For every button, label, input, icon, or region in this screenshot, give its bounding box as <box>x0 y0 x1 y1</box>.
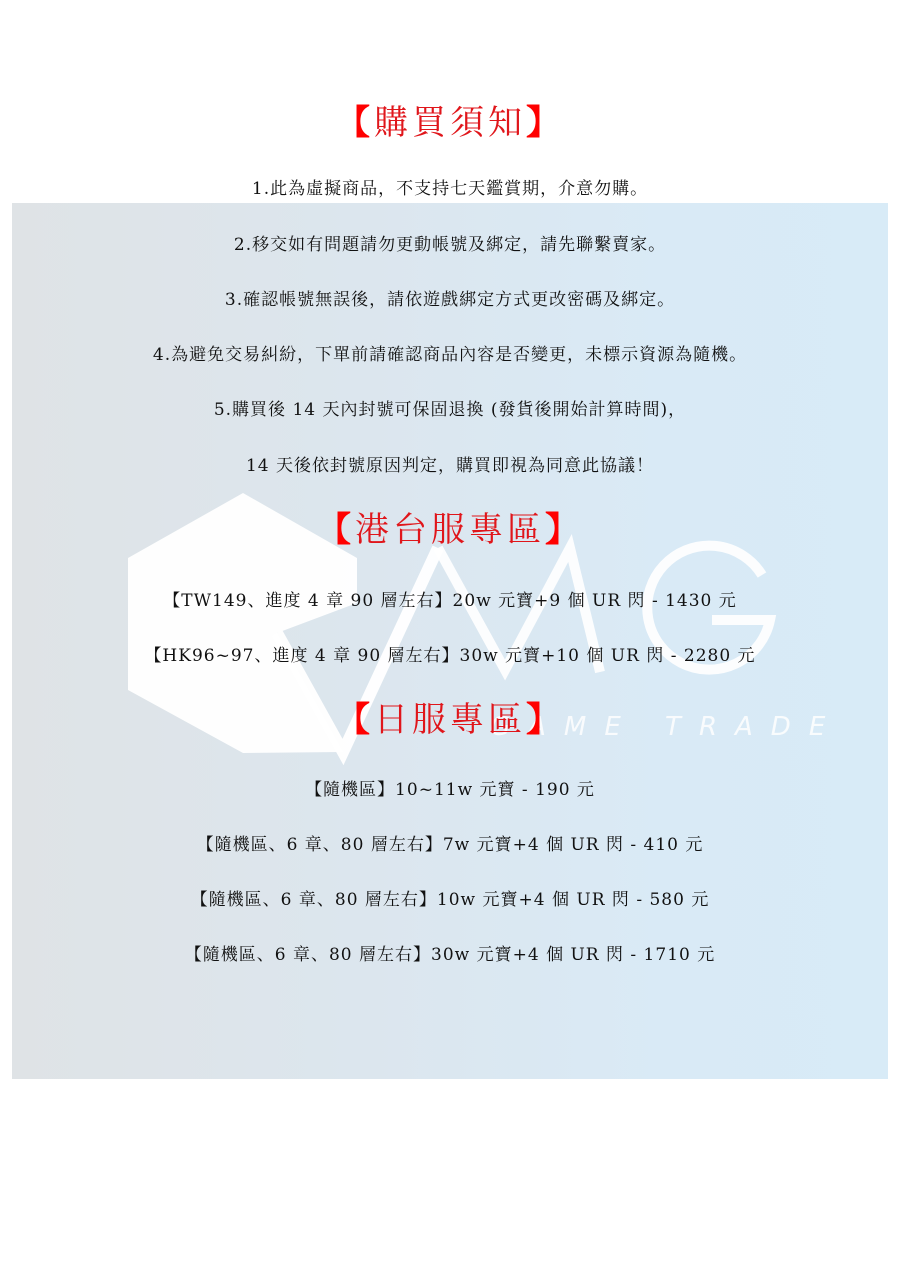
page-title: 【購買須知】 <box>0 103 900 143</box>
bracket-open: 【 <box>317 510 355 550</box>
notice-item-3: 3.確認帳號無誤後，請依遊戲綁定方式更改密碼及綁定。 <box>0 289 900 311</box>
notice-item-6: 14 天後依封號原因判定，購買即視為同意此協議！ <box>0 455 900 477</box>
product-item: 【HK96~97、進度 4 章 90 層左右】30w 元寶+10 個 UR 閃 … <box>0 645 900 667</box>
notice-item-4: 4.為避免交易糾紛，下單前請確認商品內容是否變更，未標示資源為隨機。 <box>0 344 900 366</box>
notice-item-5: 5.購買後 14 天內封號可保固退換 (發貨後開始計算時間)， <box>0 399 900 421</box>
notice-item-2: 2.移交如有問題請勿更動帳號及綁定，請先聯繫賣家。 <box>0 234 900 256</box>
section-heading-text: 日服專區 <box>374 700 526 740</box>
section-heading-text: 港台服專區 <box>355 510 545 550</box>
section-heading-jp: 【日服專區】 <box>0 700 900 740</box>
bracket-open: 【 <box>336 700 374 740</box>
product-item: 【隨機區、6 章、80 層左右】30w 元寶+4 個 UR 閃 - 1710 元 <box>0 944 900 966</box>
bracket-close: 】 <box>526 103 564 143</box>
bracket-close: 】 <box>526 700 564 740</box>
product-item: 【隨機區、6 章、80 層左右】10w 元寶+4 個 UR 閃 - 580 元 <box>0 889 900 911</box>
product-item: 【隨機區、6 章、80 層左右】7w 元寶+4 個 UR 閃 - 410 元 <box>0 834 900 856</box>
bracket-open: 【 <box>336 103 374 143</box>
section-heading-hk-tw: 【港台服專區】 <box>0 510 900 550</box>
product-item: 【TW149、進度 4 章 90 層左右】20w 元寶+9 個 UR 閃 - 1… <box>0 590 900 612</box>
product-item: 【隨機區】10~11w 元寶 - 190 元 <box>0 779 900 801</box>
notice-item-1: 1.此為虛擬商品，不支持七天鑑賞期，介意勿購。 <box>0 178 900 200</box>
bracket-close: 】 <box>545 510 583 550</box>
page-title-text: 購買須知 <box>374 103 526 143</box>
